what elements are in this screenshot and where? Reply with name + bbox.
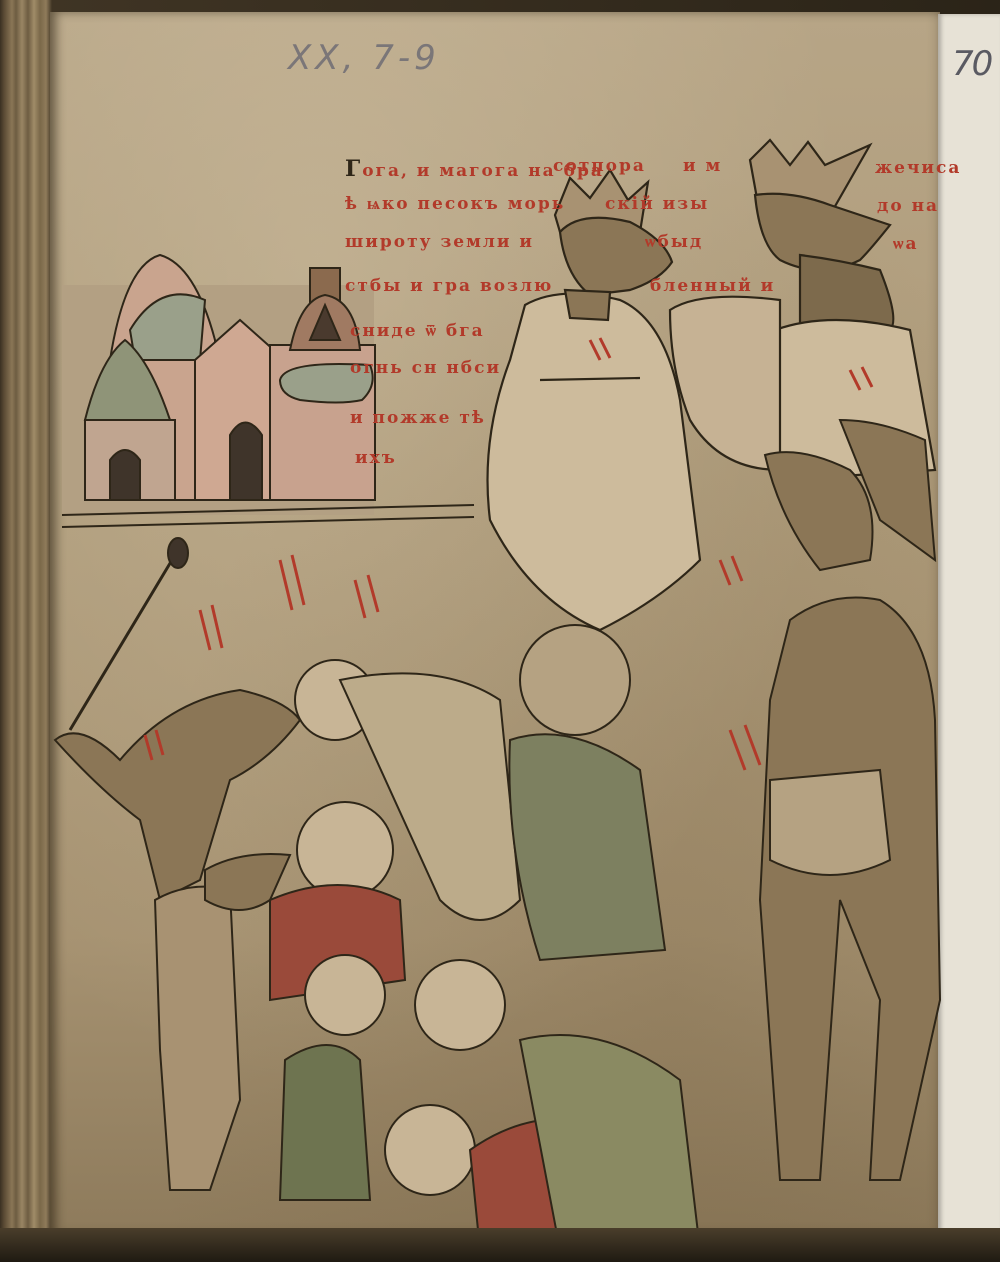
- text-line-8: ихъ: [355, 448, 397, 468]
- text-line-1b: сотпора: [553, 156, 646, 176]
- haloed-saints-icon: [270, 625, 700, 1250]
- text-line-5: сниде ѿ бга: [350, 321, 485, 341]
- text-line-4: стбы и гра возлю: [345, 276, 553, 296]
- text-line-4b: бленный и: [650, 276, 775, 296]
- text-line-1d: жечиса: [875, 158, 961, 178]
- text-line-3c: ѡа: [893, 234, 919, 254]
- text-line-3: широту земли и: [345, 232, 534, 252]
- text-line-2: ѣ ѩко песокъ морь: [345, 194, 565, 214]
- text-line-2b: скій изы: [605, 194, 709, 214]
- text-line-6: огнь сн нбси: [350, 358, 501, 378]
- beast-headed-warriors-icon: [760, 420, 940, 1180]
- text-line-3b: ѡбыд: [645, 232, 703, 252]
- illustration: [0, 0, 1000, 1262]
- text-line-7: и пожже тѣ: [350, 408, 486, 428]
- beast-with-staff-icon: [55, 538, 300, 1190]
- manuscript-photo: 70 XX, 7-9: [0, 0, 1000, 1262]
- book-bottom-edge: [0, 1228, 1000, 1262]
- text-line-2c: до на: [877, 196, 939, 216]
- text-line-1c: и м: [683, 156, 722, 176]
